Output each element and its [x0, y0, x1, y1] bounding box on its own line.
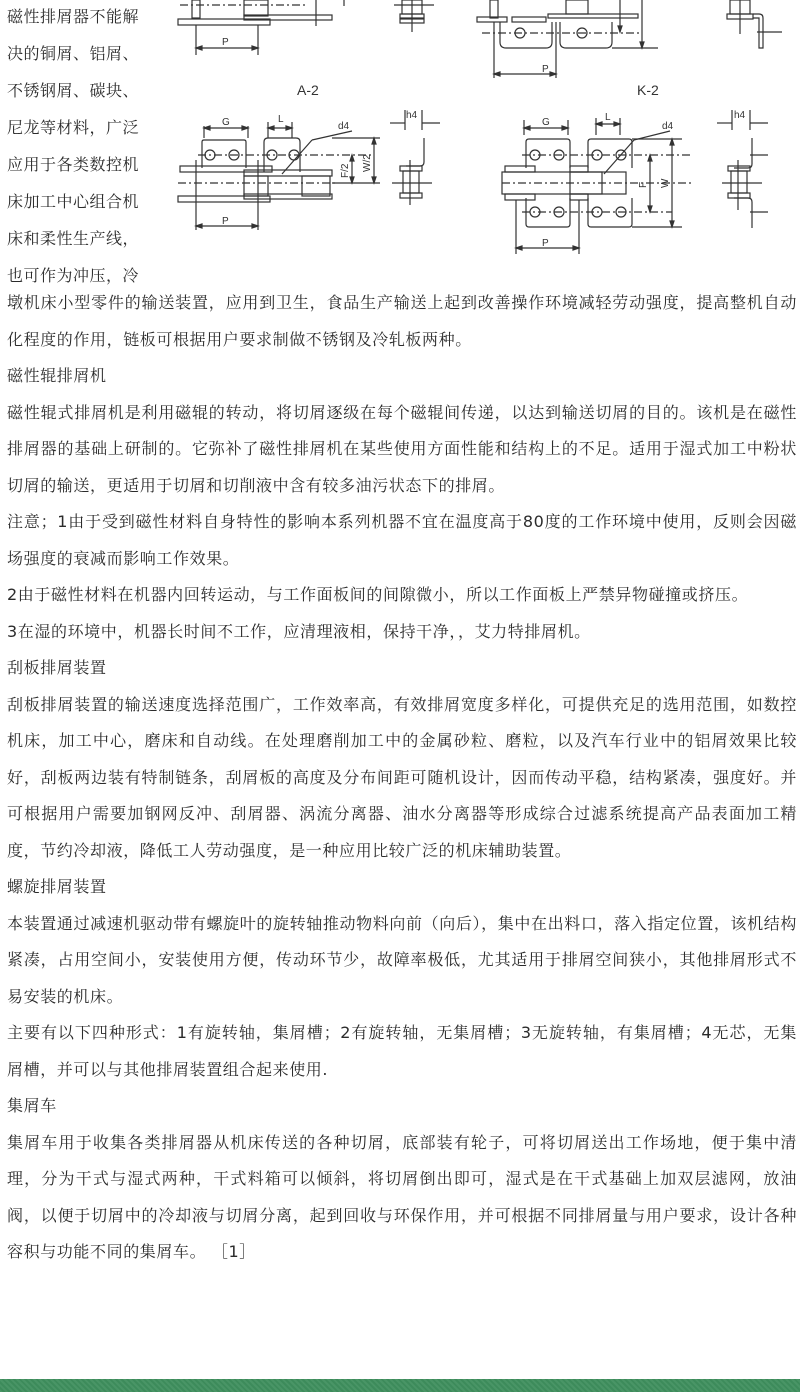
dim-d4: d4: [662, 121, 674, 132]
section-heading-chip-cart: 集屑车: [7, 1088, 797, 1125]
section-heading-scraper: 刮板排屑装置: [7, 650, 797, 687]
dim-g: G: [542, 117, 550, 128]
dim-f-half: F/2: [340, 163, 351, 178]
intro-line: 尼龙等材料，广泛: [7, 109, 167, 146]
fig-label-k2: K-2: [637, 82, 659, 98]
dim-f: F: [638, 182, 649, 188]
dim-p: P: [222, 216, 229, 227]
intro-line: 床和柔性生产线，: [7, 220, 167, 257]
dim-g: G: [222, 117, 230, 128]
intro-line: 应用于各类数控机: [7, 146, 167, 183]
article-body: 墩机床小型零件的输送装置，应用到卫生，食品生产输送上起到改善操作环境减轻劳动强度…: [7, 285, 797, 1271]
section-heading-magnetic-roller: 磁性辊排屑机: [7, 358, 797, 395]
dim-w-half: W/2: [362, 154, 373, 172]
dim-p: P: [222, 37, 229, 48]
footer-green-bar: [0, 1379, 800, 1392]
paragraph: 刮板排屑装置的输送速度选择范围广，工作效率高，有效排屑宽度多样化，可提供充足的选…: [7, 687, 797, 870]
paragraph: 集屑车用于收集各类排屑器从机床传送的各种切屑，底部装有轮子，可将切屑送出工作场地…: [7, 1125, 797, 1271]
paragraph-note-3: 3在湿的环境中，机器长时间不工作，应清理液相，保持干净，，艾力特排屑机。: [7, 614, 797, 651]
paragraph: 本装置通过减速机驱动带有螺旋叶的旋转轴推动物料向前（向后），集中在出料口，落入指…: [7, 906, 797, 1016]
paragraph: 主要有以下四种形式：1有旋转轴，集屑槽；2有旋转轴，无集屑槽；3无旋转轴，有集屑…: [7, 1015, 797, 1088]
dim-h4: h4: [734, 110, 746, 121]
paragraph-note-1: 注意；1由于受到磁性材料自身特性的影响本系列机器不宜在温度高于80度的工作环境中…: [7, 504, 797, 577]
technical-drawing-icon: A-2 K-2 P P P P G G L L d4 d4 h4 h4 F/2 …: [172, 0, 800, 270]
paragraph-note-2: 2由于磁性材料在机器内回转运动，与工作面板间的间隙微小，所以工作面板上严禁异物碰…: [7, 577, 797, 614]
dim-l: L: [605, 112, 611, 123]
dim-d4: d4: [338, 121, 350, 132]
intro-line: 决的铜屑、铝屑、: [7, 35, 167, 72]
dim-l: L: [278, 114, 284, 125]
dim-p: P: [542, 64, 549, 75]
chain-attachment-drawing: A-2 K-2 P P P P G G L L d4 d4 h4 h4 F/2 …: [172, 0, 800, 270]
dim-h4: h4: [406, 110, 418, 121]
dim-w: W: [660, 178, 671, 188]
intro-text-column: 磁性排屑器不能解 决的铜屑、铝屑、 不锈钢屑、碳块、 尼龙等材料，广泛 应用于各…: [7, 0, 167, 294]
section-heading-screw: 螺旋排屑装置: [7, 869, 797, 906]
intro-line: 床加工中心组合机: [7, 183, 167, 220]
intro-line: 不锈钢屑、碳块、: [7, 72, 167, 109]
intro-line: 磁性排屑器不能解: [7, 0, 167, 35]
paragraph: 墩机床小型零件的输送装置，应用到卫生，食品生产输送上起到改善操作环境减轻劳动强度…: [7, 285, 797, 358]
paragraph: 磁性辊式排屑机是利用磁辊的转动，将切屑逐级在每个磁辊间传递，以达到输送切屑的目的…: [7, 395, 797, 505]
fig-label-a2: A-2: [297, 82, 319, 98]
dim-p: P: [542, 238, 549, 249]
